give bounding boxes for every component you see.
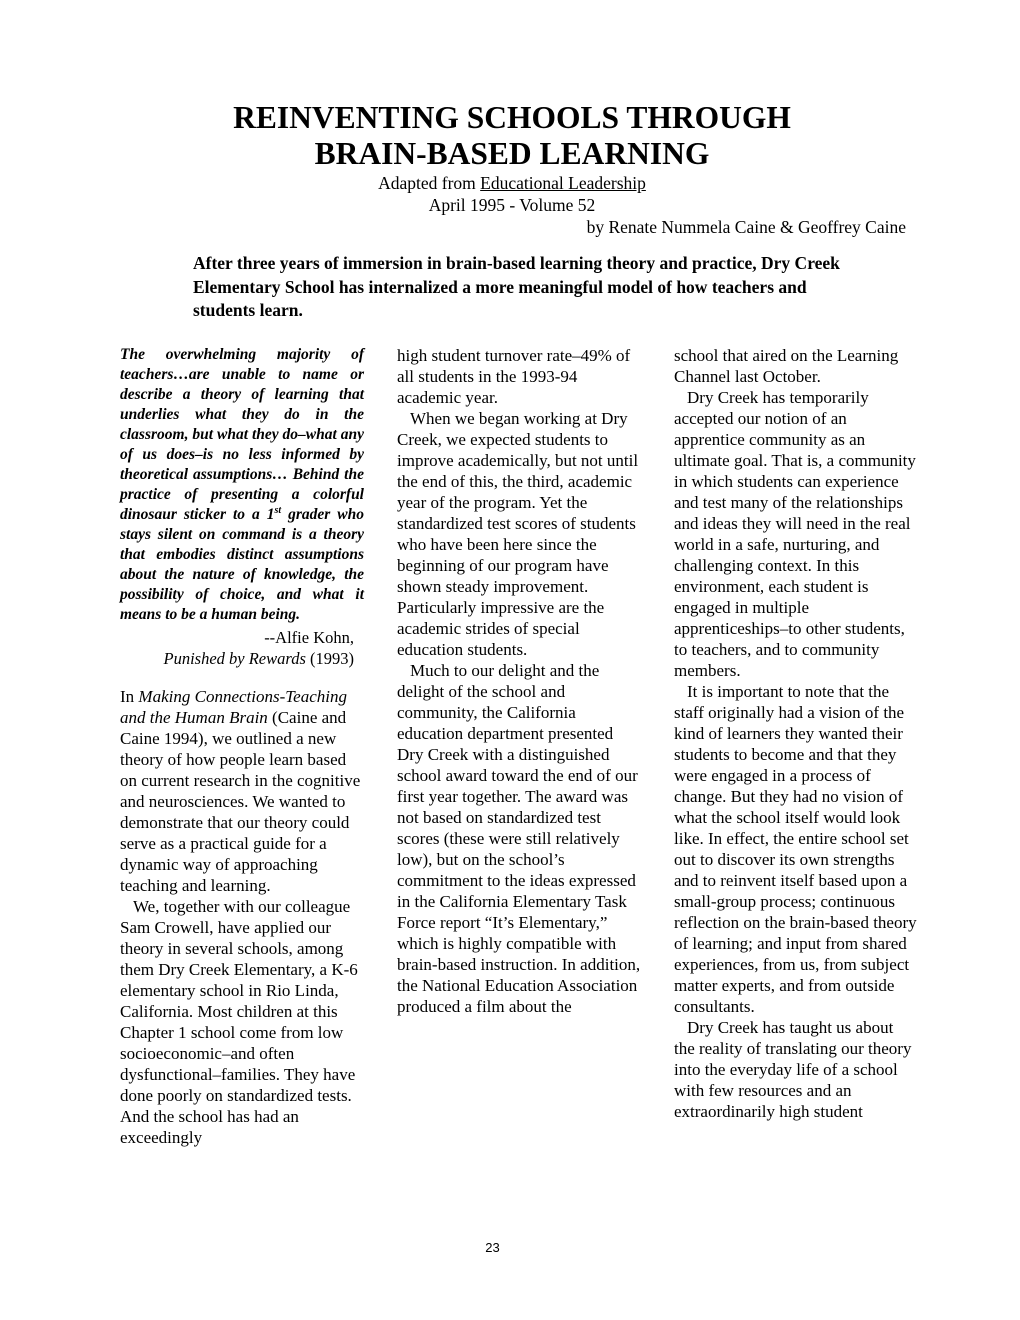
page-number: 23 xyxy=(120,1240,865,1256)
pull-quote-text-1: The overwhelming majority of teachers…ar… xyxy=(120,346,364,523)
article-title-line2: BRAIN-BASED LEARNING xyxy=(118,136,906,172)
adapted-prefix: Adapted from xyxy=(378,173,480,193)
paragraph: We, together with our colleague Sam Crow… xyxy=(120,896,364,1148)
quote-attribution: --Alfie Kohn, Punished by Rewards (1993) xyxy=(120,627,364,669)
paragraph: In Making Connections-Teaching and the H… xyxy=(120,686,364,896)
paragraph-text: (Caine and Caine 1994), we outlined a ne… xyxy=(120,708,360,895)
paragraph: Dry Creek has temporarily accepted our n… xyxy=(674,387,918,681)
paragraph: high student turnover rate–49% of all st… xyxy=(397,345,641,408)
quote-attribution-year: (1993) xyxy=(306,649,354,668)
adapted-source: Educational Leadership xyxy=(480,173,646,193)
paragraph: It is important to note that the staff o… xyxy=(674,681,918,1017)
column-right: school that aired on the Learning Channe… xyxy=(674,345,918,1148)
paragraph: When we began working at Dry Creek, we e… xyxy=(397,408,641,660)
issue-line: April 1995 - Volume 52 xyxy=(118,194,906,216)
byline: by Renate Nummela Caine & Geoffrey Caine xyxy=(118,216,906,238)
column-middle: high student turnover rate–49% of all st… xyxy=(397,345,641,1148)
adapted-from-line: Adapted from Educational Leadership xyxy=(118,172,906,194)
quote-attribution-work-title: Punished by Rewards xyxy=(164,649,306,668)
column-left: The overwhelming majority of teachers…ar… xyxy=(120,345,364,1148)
quote-attribution-work-line: Punished by Rewards (1993) xyxy=(120,648,354,669)
document-page: REINVENTING SCHOOLS THROUGH BRAIN-BASED … xyxy=(0,0,1020,1320)
pull-quote: The overwhelming majority of teachers…ar… xyxy=(120,345,364,625)
paragraph-text: In xyxy=(120,687,138,706)
paragraph: Much to our delight and the delight of t… xyxy=(397,660,641,1017)
paragraph: school that aired on the Learning Channe… xyxy=(674,345,918,387)
article-columns: The overwhelming majority of teachers…ar… xyxy=(120,345,920,1148)
article-title-line1: REINVENTING SCHOOLS THROUGH xyxy=(118,100,906,136)
pull-quote-text-2: grader who stays silent on command is a … xyxy=(120,506,364,623)
article-header: REINVENTING SCHOOLS THROUGH BRAIN-BASED … xyxy=(118,100,906,238)
paragraph: Dry Creek has taught us about the realit… xyxy=(674,1017,918,1122)
quote-attribution-name: --Alfie Kohn, xyxy=(120,627,354,648)
intro-abstract: After three years of immersion in brain-… xyxy=(193,252,848,323)
